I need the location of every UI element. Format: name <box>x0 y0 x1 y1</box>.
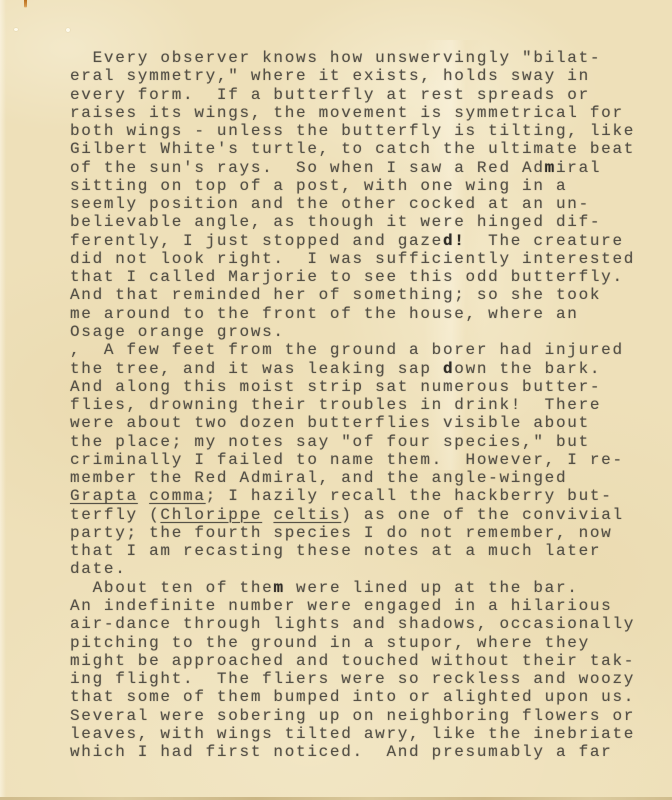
text-line: member the Red Admiral, and the angle-wi… <box>70 469 650 487</box>
text-line: did not look right. I was sufficiently i… <box>70 250 650 268</box>
text-line: Gilbert White's turtle, to catch the ult… <box>70 140 650 158</box>
text-line: criminally I failed to name them. Howeve… <box>70 451 650 469</box>
text-line: Every observer knows how unswervingly "b… <box>70 49 650 67</box>
text-line: the tree, and it was leaking sap down th… <box>70 360 650 378</box>
text-line: ing flight. The fliers were so reckless … <box>70 670 650 688</box>
text-line: Several were sobering up on neighboring … <box>70 707 650 725</box>
text-line: , A few feet from the ground a borer had… <box>70 341 650 359</box>
text-line: that I am recasting these notes at a muc… <box>70 542 650 560</box>
paper-stain-mark <box>24 0 27 8</box>
text-line: terfly (Chlorippe celtis) as one of the … <box>70 506 650 524</box>
text-line: which I had first noticed. And presumabl… <box>70 743 650 761</box>
text-block: Every observer knows how unswervingly "b… <box>70 49 650 761</box>
text-line: pitching to the ground in a stupor, wher… <box>70 634 650 652</box>
text-line: every form. If a butterfly at rest sprea… <box>70 86 650 104</box>
text-line: were about two dozen butterflies visible… <box>70 414 650 432</box>
text-line: And that reminded her of something; so s… <box>70 286 650 304</box>
text-line: About ten of them were lined up at the b… <box>70 579 650 597</box>
text-line: Grapta comma; I hazily recall the hackbe… <box>70 487 650 505</box>
text-line: that some of them bumped into or alighte… <box>70 688 650 706</box>
text-line: me around to the front of the house, whe… <box>70 305 650 323</box>
text-line: flies, drowning their troubles in drink!… <box>70 396 650 414</box>
text-line: date. <box>70 560 650 578</box>
text-line: sitting on top of a post, with one wing … <box>70 177 650 195</box>
typewritten-page: Every observer knows how unswervingly "b… <box>0 0 672 800</box>
text-line: eral symmetry," where it exists, holds s… <box>70 67 650 85</box>
paper-left-edge <box>0 0 6 800</box>
text-line: party; the fourth species I do not remem… <box>70 524 650 542</box>
text-line: Osage orange grows. <box>70 323 650 341</box>
text-line: seemly position and the other cocked at … <box>70 195 650 213</box>
text-line: believable angle, as though it were hing… <box>70 213 650 231</box>
text-line: ferently, I just stopped and gazed! The … <box>70 232 650 250</box>
text-line: of the sun's rays. So when I saw a Red A… <box>70 159 650 177</box>
text-line: raises its wings, the movement is symmet… <box>70 104 650 122</box>
text-line: air-dance through lights and shadows, oc… <box>70 615 650 633</box>
text-line: the place; my notes say "of four species… <box>70 433 650 451</box>
paper-fleck <box>14 28 18 31</box>
text-line: leaves, with wings tilted awry, like the… <box>70 725 650 743</box>
text-line: An indefinite number were engaged in a h… <box>70 597 650 615</box>
text-line: And along this moist strip sat numerous … <box>70 378 650 396</box>
text-line: both wings - unless the butterfly is til… <box>70 122 650 140</box>
text-line: that I called Marjorie to see this odd b… <box>70 268 650 286</box>
text-line: might be approached and touched without … <box>70 652 650 670</box>
paper-fleck <box>66 28 70 32</box>
